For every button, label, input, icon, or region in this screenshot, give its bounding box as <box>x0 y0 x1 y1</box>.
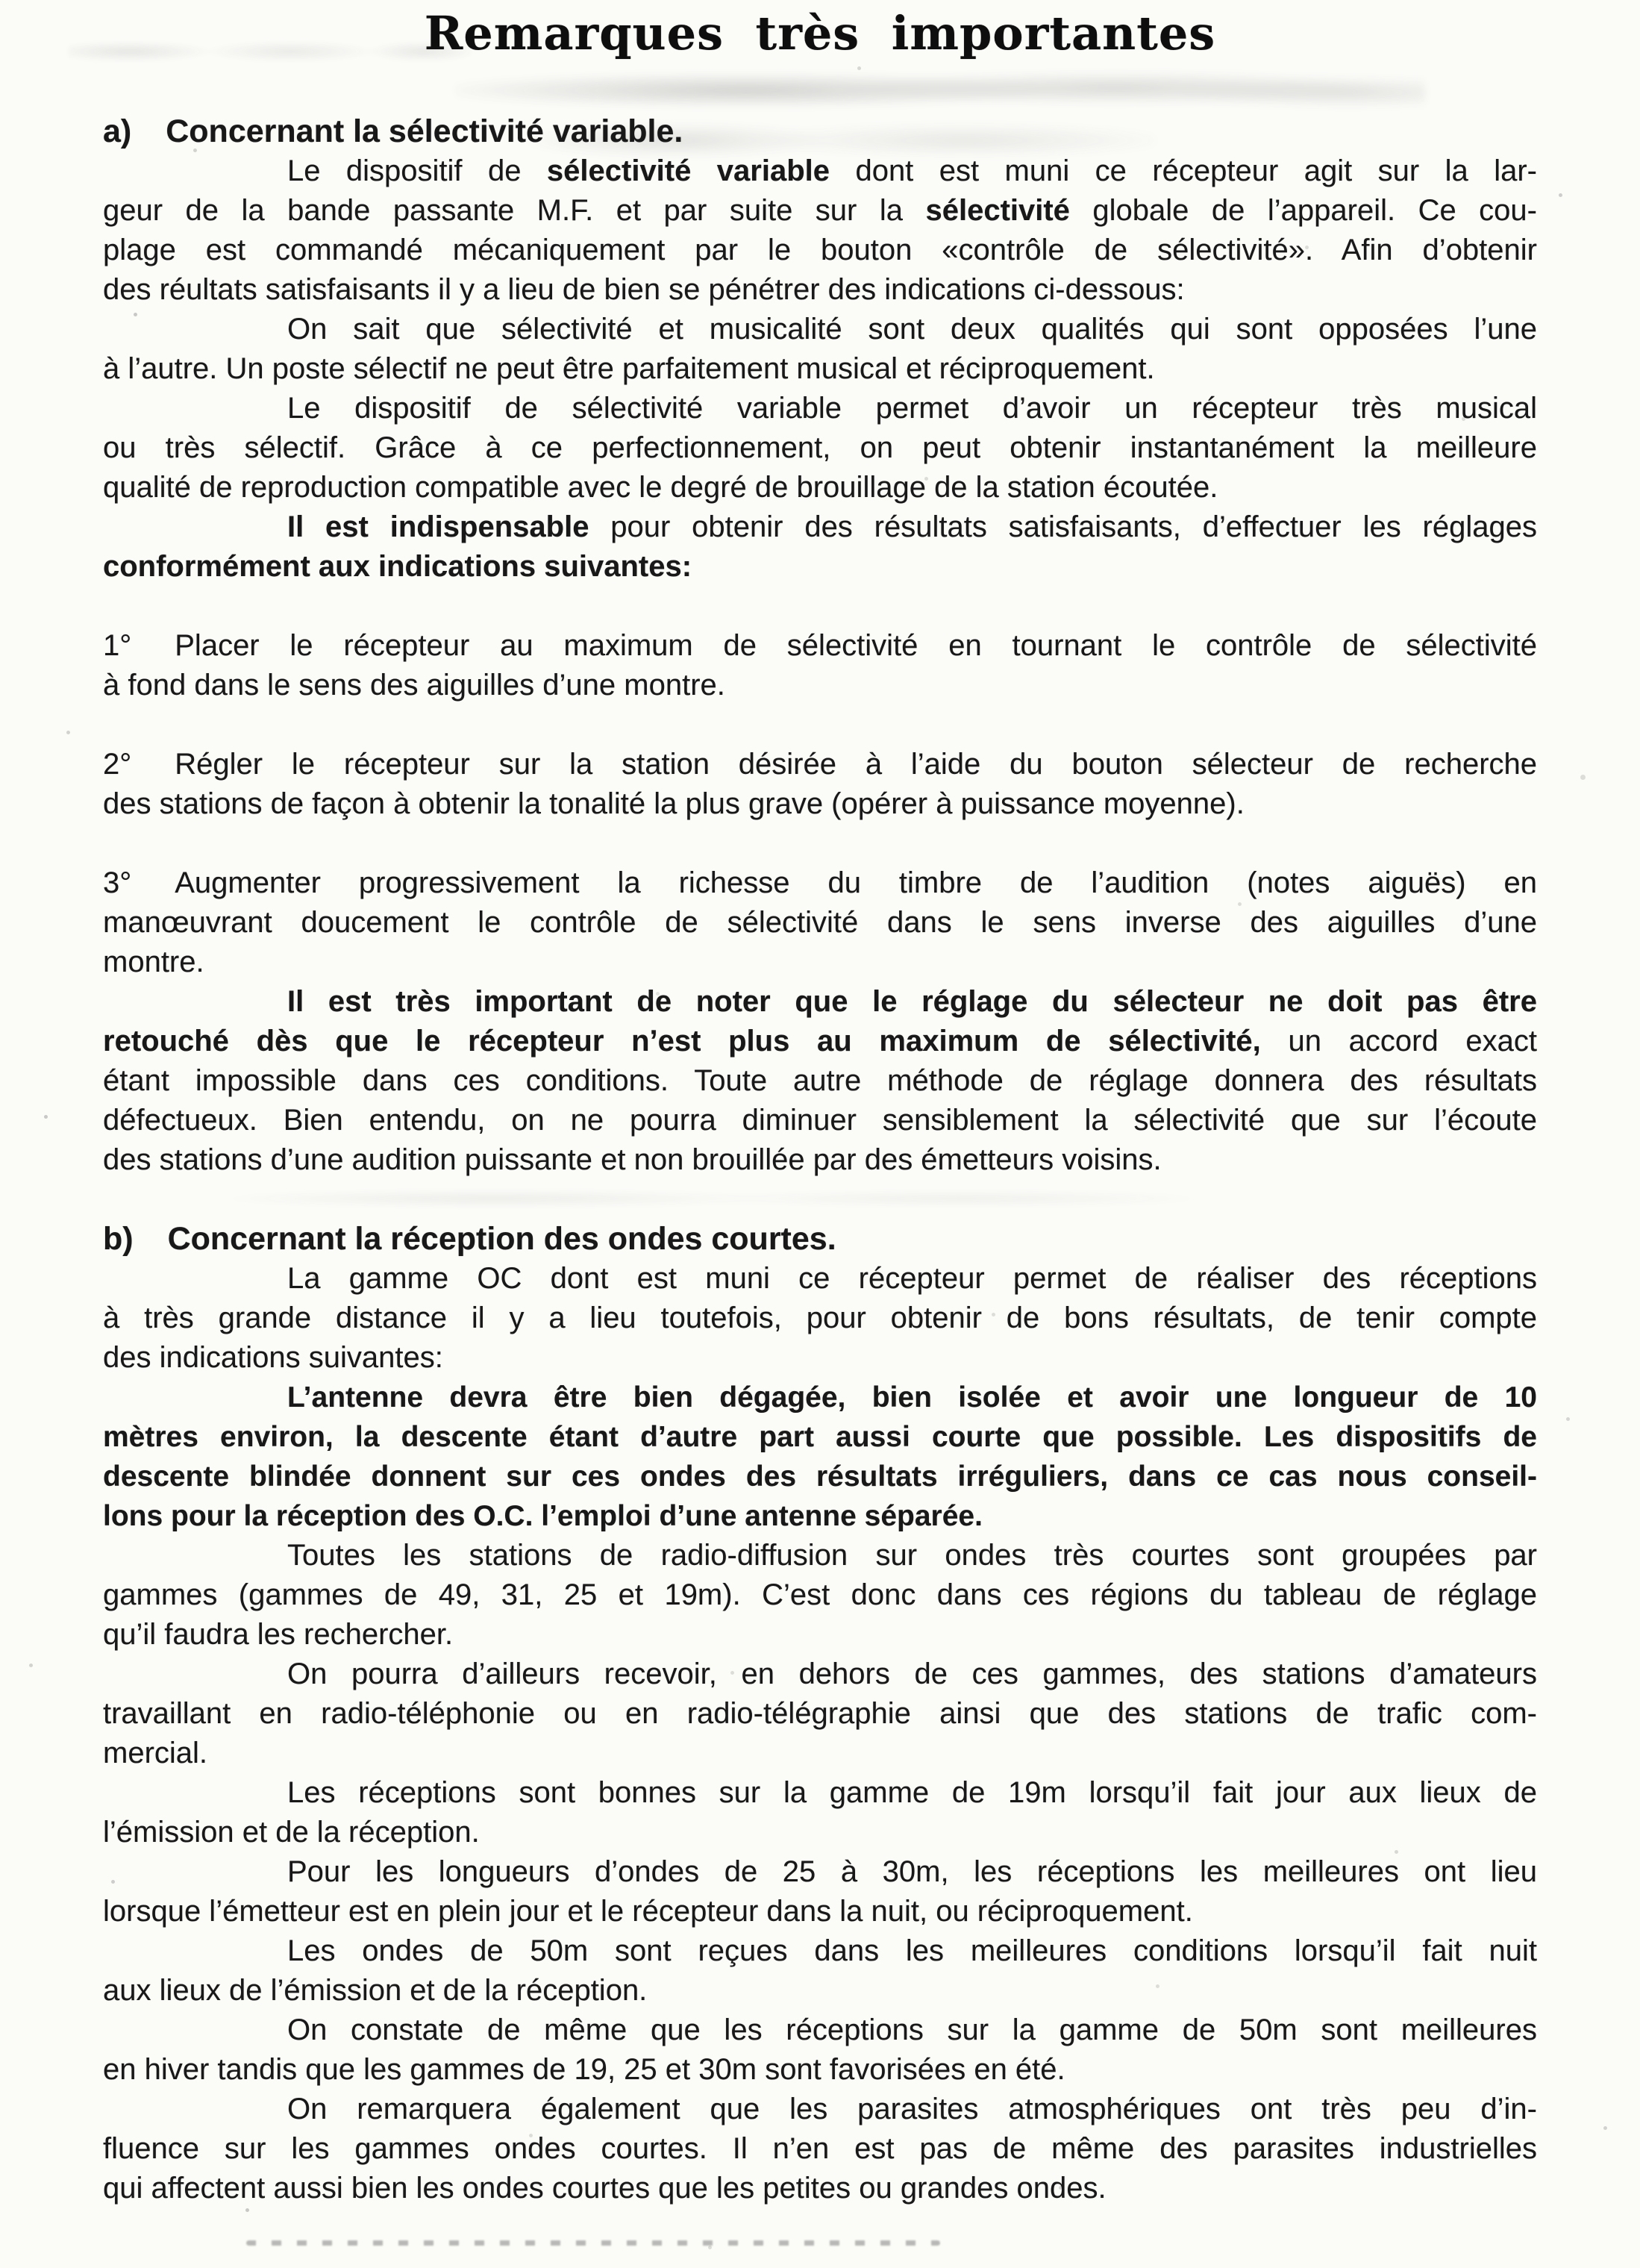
paragraph-dispositif-permet: Le dispositif de sélectivité variable pe… <box>103 389 1537 507</box>
text-line: a)Concernant la sélectivité variable. <box>103 112 1537 151</box>
text-line: Le dispositif de sélectivité variable do… <box>103 151 1537 191</box>
text-line: qu’il faudra les rechercher. <box>103 1615 1537 1655</box>
paragraph-gamme-oc: La gamme OC dont est muni ce récepteur p… <box>103 1259 1537 1378</box>
text-line: lons pour la réception des O.C. l’emploi… <box>103 1496 1537 1536</box>
text-line: des stations de façon à obtenir la tonal… <box>103 784 1537 824</box>
section-b-heading: b)Concernant la réception des ondes cour… <box>103 1219 1537 1259</box>
text-line: geur de la bande passante M.F. et par su… <box>103 191 1537 231</box>
text-line: L’antenne devra être bien dégagée, bien … <box>103 1378 1537 1417</box>
text-line: b)Concernant la réception des ondes cour… <box>103 1219 1537 1259</box>
text-line: gammes (gammes de 49, 31, 25 et 19m). C’… <box>103 1575 1537 1615</box>
ghost-print-smudge <box>455 69 1425 112</box>
text-line: On sait que sélectivité et musicalité so… <box>103 310 1537 349</box>
text-line: Il est indispensable pour obtenir des ré… <box>103 507 1537 547</box>
text-line: des stations d’une audition puissante et… <box>103 1140 1537 1180</box>
text-line: descente blindée donnent sur ces ondes d… <box>103 1457 1537 1496</box>
text-line: On remarquera également que les parasite… <box>103 2090 1537 2129</box>
text-line: étant impossible dans ces conditions. To… <box>103 1061 1537 1101</box>
item-marker: 2° <box>103 745 131 784</box>
text-line: 3°Augmenter progressivement la richesse … <box>103 863 1537 903</box>
text-line: aux lieux de l’émission et de la récepti… <box>103 1971 1537 2011</box>
text-line: plage est commandé mécaniquement par le … <box>103 231 1537 270</box>
list-item-3: 3°Augmenter progressivement la richesse … <box>103 863 1537 982</box>
text-line: fluence sur les gammes ondes courtes. Il… <box>103 2129 1537 2169</box>
paragraph-hiver-ete: On constate de même que les réceptions s… <box>103 2011 1537 2090</box>
text-line: Il est très important de noter que le ré… <box>103 982 1537 1022</box>
list-item-1: 1°Placer le récepteur au maximum de séle… <box>103 626 1537 705</box>
text-line: travaillant en radio-téléphonie ou en ra… <box>103 1694 1537 1734</box>
paragraph-stations-amateurs: On pourra d’ailleurs recevoir, en dehors… <box>103 1655 1537 1773</box>
text-line: Pour les longueurs d’ondes de 25 à 30m, … <box>103 1852 1537 1892</box>
paragraph-stations-radiodiffusion: Toutes les stations de radio-diffusion s… <box>103 1536 1537 1655</box>
item-marker: a) <box>103 112 131 151</box>
text-line: en hiver tandis que les gammes de 19, 25… <box>103 2050 1537 2090</box>
page-title: Remarques très importantes <box>0 6 1640 60</box>
list-item-2: 2°Régler le récepteur sur la station dés… <box>103 745 1537 824</box>
paragraph-ondes-25-30m: Pour les longueurs d’ondes de 25 à 30m, … <box>103 1852 1537 1931</box>
text-line: mercial. <box>103 1734 1537 1773</box>
print-smudge <box>246 2240 940 2246</box>
paragraph-selectivite-intro: Le dispositif de sélectivité variable do… <box>103 151 1537 310</box>
text-line: montre. <box>103 943 1537 982</box>
text-line: à l’autre. Un poste sélectif ne peut êtr… <box>103 349 1537 389</box>
text-line: conformément aux indications suivantes: <box>103 547 1537 587</box>
paragraph-tres-important: Il est très important de noter que le ré… <box>103 982 1537 1180</box>
text-column: a)Concernant la sélectivité variable. Le… <box>103 112 1537 2208</box>
text-line: qualité de reproduction compatible avec … <box>103 468 1537 507</box>
text-line: à fond dans le sens des aiguilles d’une … <box>103 666 1537 705</box>
text-line: 2°Régler le récepteur sur la station dés… <box>103 745 1537 784</box>
text-line: mètres environ, la descente étant d’autr… <box>103 1417 1537 1457</box>
text-line: manœuvrant doucement le contrôle de séle… <box>103 903 1537 943</box>
paragraph-antenne: L’antenne devra être bien dégagée, bien … <box>103 1378 1537 1536</box>
scan-noise-speckles <box>0 0 2 2</box>
text-line: Les ondes de 50m sont reçues dans les me… <box>103 1931 1537 1971</box>
text-line: Toutes les stations de radio-diffusion s… <box>103 1536 1537 1575</box>
text-line: La gamme OC dont est muni ce récepteur p… <box>103 1259 1537 1299</box>
section-a-heading: a)Concernant la sélectivité variable. <box>103 112 1537 151</box>
paragraph-ondes-50m: Les ondes de 50m sont reçues dans les me… <box>103 1931 1537 2011</box>
text-line: à très grande distance il y a lieu toute… <box>103 1299 1537 1338</box>
item-marker: 1° <box>103 626 131 666</box>
text-line: retouché dès que le récepteur n’est plus… <box>103 1022 1537 1061</box>
text-line: ou très sélectif. Grâce à ce perfectionn… <box>103 428 1537 468</box>
text-line: On constate de même que les réceptions s… <box>103 2011 1537 2050</box>
text-line: Les réceptions sont bonnes sur la gamme … <box>103 1773 1537 1813</box>
item-marker: 3° <box>103 863 131 903</box>
text-line: On pourra d’ailleurs recevoir, en dehors… <box>103 1655 1537 1694</box>
text-line: Le dispositif de sélectivité variable pe… <box>103 389 1537 428</box>
item-marker: b) <box>103 1219 134 1259</box>
text-line: des indications suivantes: <box>103 1338 1537 1378</box>
text-line: des réultats satisfaisants il y a lieu d… <box>103 270 1537 310</box>
text-line: défectueux. Bien entendu, on ne pourra d… <box>103 1101 1537 1140</box>
text-line: l’émission et de la réception. <box>103 1813 1537 1852</box>
paragraph-indispensable: Il est indispensable pour obtenir des ré… <box>103 507 1537 587</box>
scanned-manual-page: Remarques très importantes a)Concernant … <box>0 0 1640 2268</box>
paragraph-parasites: On remarquera également que les parasite… <box>103 2090 1537 2208</box>
text-line: lorsque l’émetteur est en plein jour et … <box>103 1892 1537 1931</box>
paragraph-selectivite-musicalite: On sait que sélectivité et musicalité so… <box>103 310 1537 389</box>
text-line: 1°Placer le récepteur au maximum de séle… <box>103 626 1537 666</box>
text-line: qui affectent aussi bien les ondes court… <box>103 2169 1537 2208</box>
paragraph-receptions-19m: Les réceptions sont bonnes sur la gamme … <box>103 1773 1537 1852</box>
